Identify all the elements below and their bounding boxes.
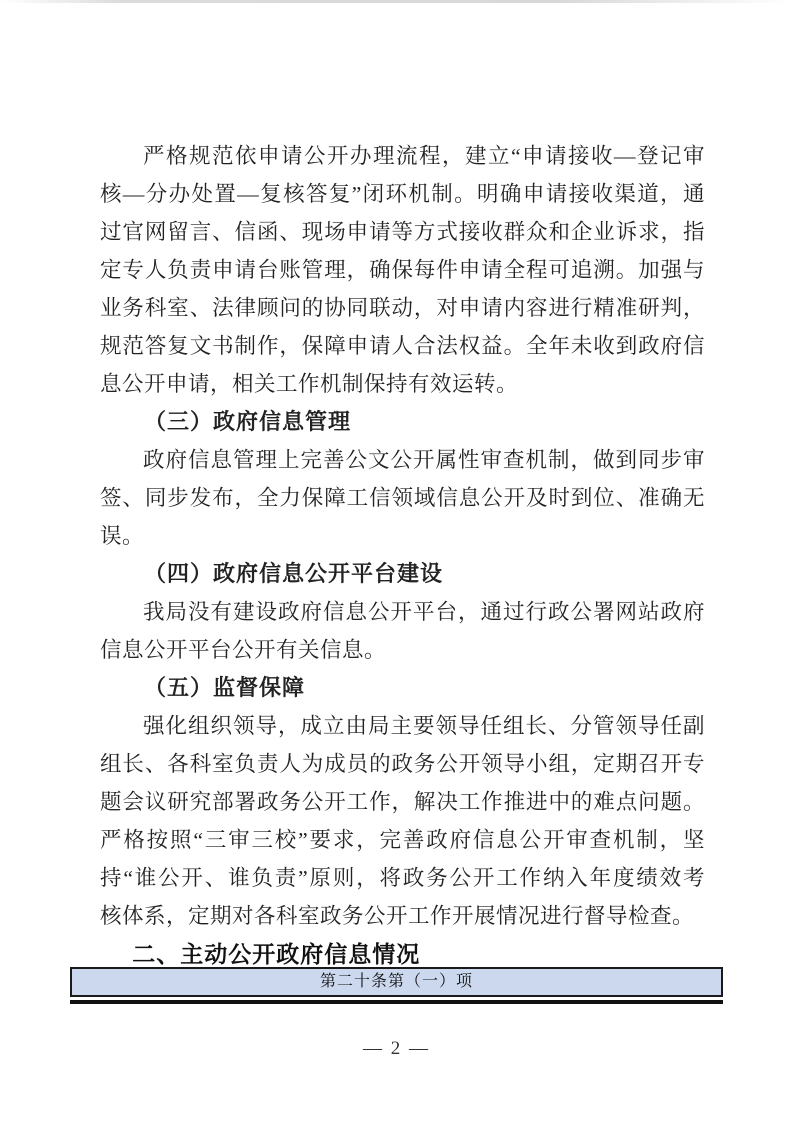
table-header-label: 第二十条第（一）项 bbox=[320, 973, 473, 990]
body-text-line: 严格规范依申请公开办理流程，建立“申请接收—登记审 bbox=[100, 137, 705, 175]
body-text-line: 持“谁公开、谁负责”原则，将政务公开工作纳入年度绩效考 bbox=[100, 859, 705, 897]
body-text-line: 规范答复文书制作，保障申请人合法权益。全年未收到政府信 bbox=[100, 327, 705, 365]
body-text-line: 我局没有建设政府信息公开平台，通过行政公署网站政府 bbox=[100, 593, 705, 631]
body-text-line: 过官网留言、信函、现场申请等方式接收群众和企业诉求，指 bbox=[100, 213, 705, 251]
document-page: 严格规范依申请公开办理流程，建立“申请接收—登记审 核—分办处置—复核答复”闭环… bbox=[0, 0, 793, 1122]
body-text-line: 核体系，定期对各科室政务公开工作开展情况进行督导检查。 bbox=[100, 897, 705, 935]
paragraph-supervision: 强化组织领导，成立由局主要领导任组长、分管领导任副 组长、各科室负责人为成员的政… bbox=[100, 707, 705, 935]
body-text-line: 业务科室、法律顾问的协同联动，对申请内容进行精准研判， bbox=[100, 289, 705, 327]
paragraph-request-handling: 严格规范依申请公开办理流程，建立“申请接收—登记审 核—分办处置—复核答复”闭环… bbox=[100, 137, 705, 403]
subsection-heading-platform-construction: （四）政府信息公开平台建设 bbox=[100, 555, 705, 593]
body-text-line: 题会议研究部署政务公开工作，解决工作推进中的难点问题。 bbox=[100, 783, 705, 821]
paragraph-info-management: 政府信息管理上完善公文公开属性审查机制，做到同步审 签、同步发布，全力保障工信领… bbox=[100, 441, 705, 555]
body-text-line: 核—分办处置—复核答复”闭环机制。明确申请接收渠道，通 bbox=[100, 175, 705, 213]
subsection-heading-supervision: （五）监督保障 bbox=[100, 669, 705, 707]
body-text-line: 强化组织领导，成立由局主要领导任组长、分管领导任副 bbox=[100, 707, 705, 745]
body-text-line: 息公开申请，相关工作机制保持有效运转。 bbox=[100, 365, 705, 403]
table-header-article-20-item-1: 第二十条第（一）项 bbox=[70, 967, 723, 997]
paragraph-platform-construction: 我局没有建设政府信息公开平台，通过行政公署网站政府 信息公开平台公开有关信息。 bbox=[100, 593, 705, 669]
document-body: 严格规范依申请公开办理流程，建立“申请接收—登记审 核—分办处置—复核答复”闭环… bbox=[100, 137, 705, 973]
body-text-line: 政府信息管理上完善公文公开属性审查机制，做到同步审 bbox=[100, 441, 705, 479]
body-text-line: 信息公开平台公开有关信息。 bbox=[100, 631, 705, 669]
body-text-line: 严格按照“三审三校”要求，完善政府信息公开审查机制，坚 bbox=[100, 821, 705, 859]
subsection-heading-info-management: （三）政府信息管理 bbox=[100, 403, 705, 441]
body-text-line: 误。 bbox=[100, 517, 705, 555]
body-text-line: 签、同步发布，全力保障工信领域信息公开及时到位、准确无 bbox=[100, 479, 705, 517]
body-text-line: 组长、各科室负责人为成员的政务公开领导小组，定期召开专 bbox=[100, 745, 705, 783]
table-border-divider bbox=[70, 1000, 723, 1004]
body-text-line: 定专人负责申请台账管理，确保每件申请全程可追溯。加强与 bbox=[100, 251, 705, 289]
page-number: — 2 — bbox=[0, 1038, 793, 1060]
page-top-edge-artifact bbox=[0, 0, 793, 3]
